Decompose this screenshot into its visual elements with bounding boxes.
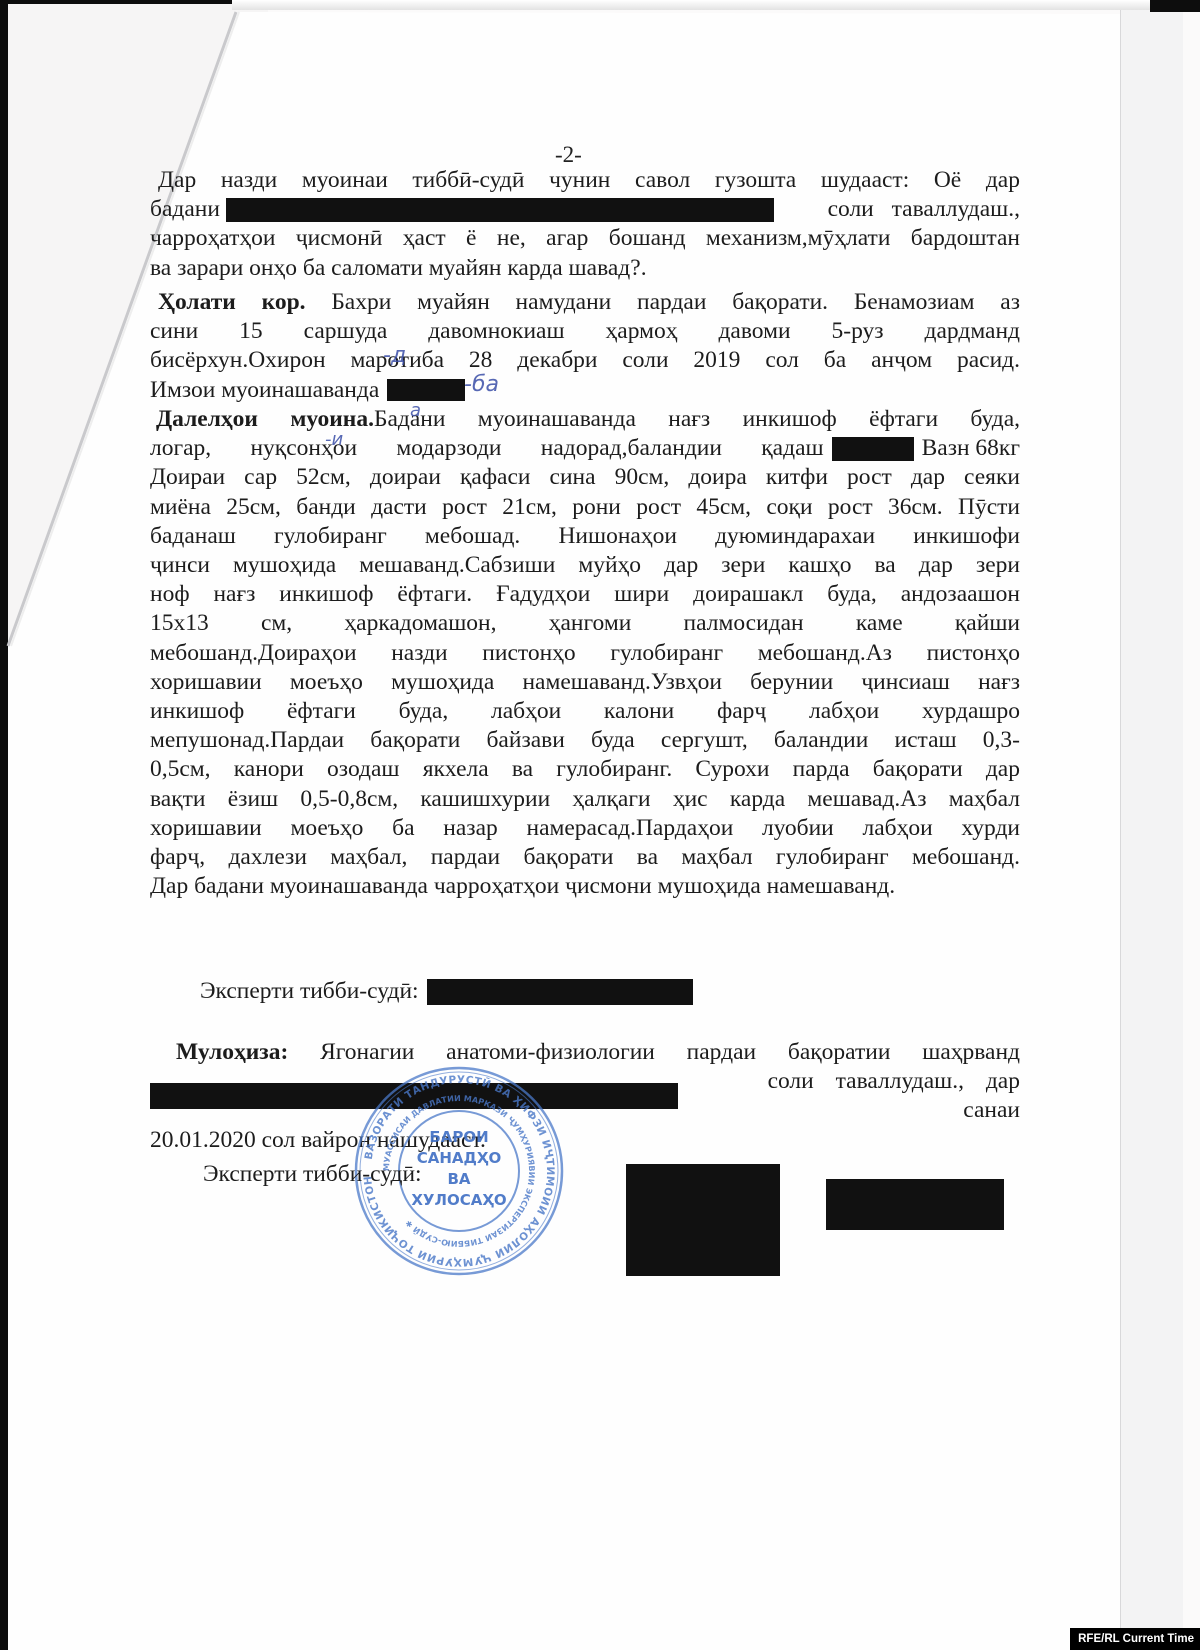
weight-text: Вазн 68кг — [922, 434, 1020, 463]
redacted-expert-name-2 — [826, 1179, 1004, 1230]
handwritten-correction-4: -и — [325, 429, 343, 450]
stamp-line-4: ХУЛОСАҲО — [411, 1191, 506, 1209]
condition-heading: Ҳолати кор. — [158, 289, 306, 315]
evidence-line-8: 15х13 см, ҳаркадомашон, ҳангоми палмосид… — [150, 609, 1020, 638]
evidence-line-1: Далелҳои муоина.Бадани муоинашаванда нағ… — [150, 405, 1020, 434]
redacted-expert-signature — [626, 1164, 780, 1276]
remark-line-1: Мулоҳиза: Ягонагии анатоми-физиологии па… — [150, 1038, 1020, 1067]
redacted-name-1 — [226, 198, 774, 222]
expert-label-2: Эксперти тибби-судӣ: — [203, 1161, 422, 1187]
signature-line: Имзои муоинашаванда — [150, 376, 1020, 405]
evidence-line-17: Дар бадани муоинашаванда чарроҳатҳои ҷис… — [150, 872, 1020, 901]
paper-edge-strip — [1120, 8, 1183, 1650]
evidence-line-13: 0,5см, канори озодаш якхела ва гулобиран… — [150, 755, 1020, 784]
signature-label: Имзои муоинашаванда — [150, 376, 379, 405]
expert-signature-block-2: Эксперти тибби-судӣ: — [203, 1160, 503, 1189]
remark-section: Мулоҳиза: Ягонагии анатоми-физиологии па… — [150, 1038, 1020, 1155]
evidence-section: Далелҳои муоина.Бадани муоинашаванда нағ… — [150, 405, 1020, 901]
expert-signature-block-1: Эксперти тибби-судӣ: — [200, 977, 800, 1006]
question-line-2: бадани соли таваллудаш., — [150, 195, 1020, 224]
handwritten-correction-3: а — [410, 400, 421, 421]
remark-line-3: 20.01.2020 сол вайрон нашудааст. — [150, 1126, 1020, 1155]
redacted-expert-name-1 — [427, 979, 693, 1005]
handwritten-correction-2: -ба — [464, 372, 499, 397]
condition-section: Ҳолати кор. Бахри муайян намудани пардаи… — [150, 288, 1020, 405]
question-line-1: Дар назди муоинаи тиббӣ-судӣ чунин савол… — [150, 166, 1020, 195]
handwritten-correction-1: -д — [383, 343, 406, 368]
evidence-line-3: Доираи сар 52см, доираи қафаси сина 90см… — [150, 463, 1020, 492]
watermark-label: RFE/RL Current Time — [1070, 1628, 1200, 1650]
evidence-line-1-text: Бадани муоинашаванда нағз инкишоф ёфтаги… — [374, 406, 1020, 432]
condition-line-3: бисёрхун.Охирон маротиба 28 декабри соли… — [150, 346, 1020, 375]
evidence-line-10: хоришавии моеъҳо мушоҳида намешаванд.Узв… — [150, 668, 1020, 697]
question-line-4: ва зарари онҳо ба саломати муайян карда … — [150, 254, 1020, 283]
page-number: -2- — [555, 142, 582, 168]
condition-line-2: сини 15 саршуда давомнокиаш ҳармоҳ давом… — [150, 317, 1020, 346]
evidence-line-2: логар, нуқсонҳои модарзоди надорад,балан… — [150, 434, 1020, 463]
question-line-3: чарроҳатҳои ҷисмонӣ ҳаст ё не, агар боша… — [150, 224, 1020, 253]
redacted-height — [832, 437, 914, 461]
evidence-line-5: баданаш гулобиранг мебошад. Нишонаҳои ду… — [150, 522, 1020, 551]
evidence-line-12: мепушонад.Пардаи бақорати байзави буда с… — [150, 726, 1020, 755]
stamp-line-1: БАРОИ — [429, 1128, 488, 1146]
question-paragraph: Дар назди муоинаи тиббӣ-судӣ чунин савол… — [150, 166, 1020, 283]
remark-line-2-suffix: соли таваллудаш., дар санаи — [690, 1067, 1020, 1125]
evidence-line-14: вақти ёзиш 0,5-0,8см, кашишхурии ҳалқаги… — [150, 785, 1020, 814]
evidence-line-9: мебошанд.Доираҳои назди пистонҳо гулобир… — [150, 639, 1020, 668]
evidence-line-15: хоришавии моеъҳо ба назар намерасад.Пард… — [150, 814, 1020, 843]
condition-line-1-text: Бахри муайян намудани пардаи бақорати. Б… — [331, 289, 1020, 315]
redacted-signature — [387, 379, 465, 401]
evidence-line-6: ҷинси мушоҳида мешаванд.Сабзиши муйҳо да… — [150, 551, 1020, 580]
evidence-line-16: фарҷ, дахлези маҳбал, пардаи бақорати ва… — [150, 843, 1020, 872]
remark-line-2: соли таваллудаш., дар санаи — [150, 1067, 1020, 1125]
remark-line-1-text: Ягонагии анатоми-физиологии пардаи бақор… — [320, 1039, 1020, 1065]
scan-border-corner — [1150, 0, 1200, 12]
evidence-line-11: инкишоф ёфтаги буда, лабҳои калони фарҷ … — [150, 697, 1020, 726]
condition-line-1: Ҳолати кор. Бахри муайян намудани пардаи… — [150, 288, 1020, 317]
question-line-2-suffix: соли таваллудаш., — [782, 195, 1020, 224]
top-paper-edge — [232, 0, 1200, 10]
evidence-line-2-text: логар, нуқсонҳои модарзоди надорад,балан… — [150, 434, 824, 463]
expert-label-1: Эксперти тибби-судӣ: — [200, 977, 419, 1006]
evidence-line-4: миёна 25см, банди дасти рост 21см, рони … — [150, 493, 1020, 522]
remark-heading: Мулоҳиза: — [176, 1039, 288, 1065]
question-line-2-prefix: бадани — [150, 195, 220, 224]
evidence-line-7: ноф нағз инкишоф ёфтаги. Ғадудҳои шири д… — [150, 580, 1020, 609]
